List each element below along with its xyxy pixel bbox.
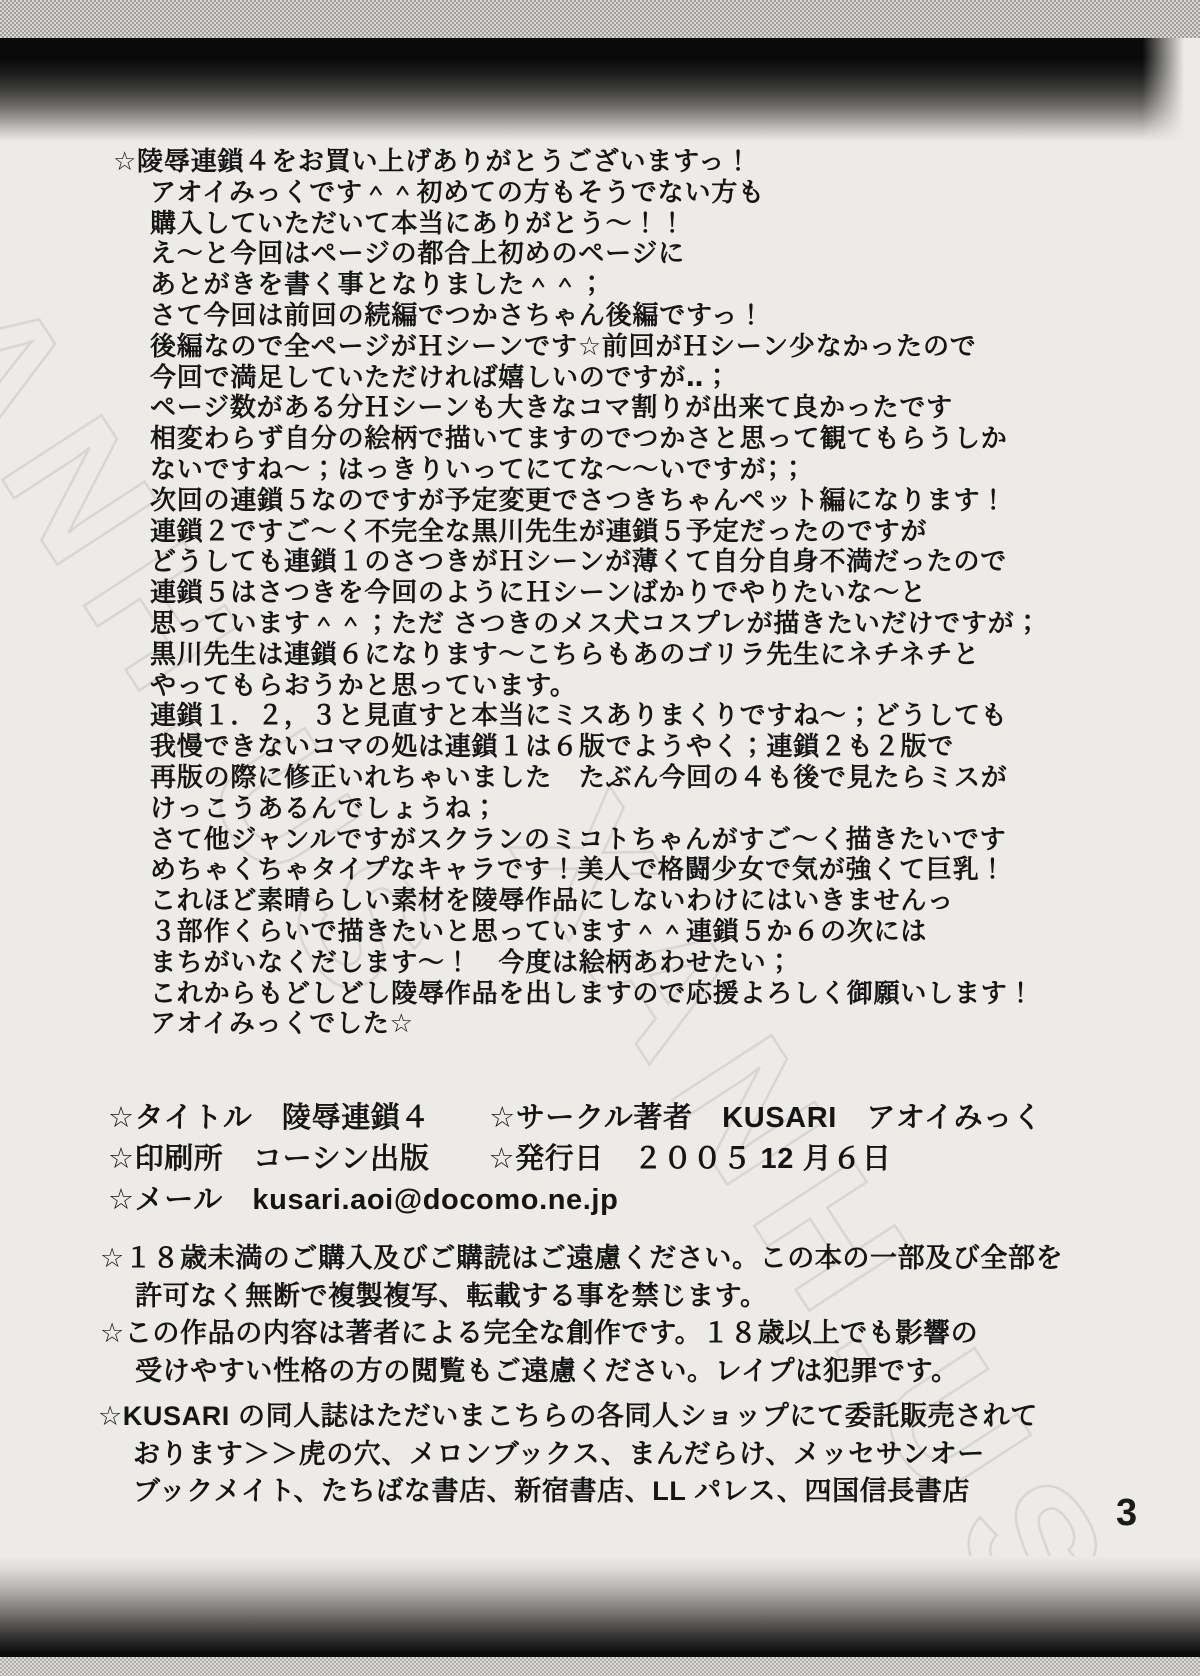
text-line: 購入していただいて本当にありがとう～！！ [150, 208, 1160, 239]
text-line: ☆タイトル 陵辱連鎖４ ☆サークル著者 KUSARI アオイみっく [143, 1098, 1153, 1139]
text-line: 次回の連鎖５なのですが予定変更でさつきちゃんペット編になります！ [150, 485, 1160, 516]
text-line: 後編なので全ページがＨシーンです☆前回がＨシーン少なかったので [150, 331, 1160, 362]
text-line: え～と今回はページの都合上初めのページに [150, 238, 1160, 269]
text-line: ページ数がある分Ｈシーンも大きなコマ割りが出来て良かったです [150, 392, 1160, 423]
text-line: さて他ジャンルですがスクランのミコトちゃんがすご～く描きたいです [150, 824, 1160, 855]
text-line: ☆KUSARI の同人誌はただいまこちらの各同人ショップにて委託販売されて [133, 1398, 1143, 1436]
age-disclaimer-block: ☆１８歳未満のご購入及びご購読はご遠慮ください。この本の一部及び全部を許可なく無… [100, 1240, 1145, 1390]
text-line: ☆１８歳未満のご購入及びご購読はご遠慮ください。この本の一部及び全部を [135, 1240, 1145, 1278]
text-line: ３部作くらいで描きたいと思っています＾＾連鎖５か６の次には [150, 916, 1160, 947]
text-line: ☆この作品の内容は著者による完全な創作です。１８歳以上でも影響の [135, 1315, 1145, 1353]
text-line: まちがいなくだします～！ 今度は絵柄あわせたい； [150, 947, 1160, 978]
afterword-text-block: ☆陵辱連鎖４をお買い上げありがとうございますっ！アオイみっくです＾＾初めての方も… [113, 146, 1160, 1039]
text-line: 許可なく無断で複製複写、転載する事を禁じます。 [135, 1278, 1145, 1316]
text-line: これからもどしどし陵辱作品を出しますので応援よろしく御願いします！ [150, 978, 1160, 1009]
colophon-block: ☆タイトル 陵辱連鎖４ ☆サークル著者 KUSARI アオイみっく☆印刷所 コー… [108, 1098, 1153, 1221]
text-line: 思っています＾＾；ただ さつきのメス犬コスプレが描きたいだけですが； [150, 608, 1160, 639]
text-line: 連鎖２ですご～く不完全な黒川先生が連鎖５予定だったのですが [150, 516, 1160, 547]
text-line: ブックメイト、たちばな書店、新宿書店、LL パレス、四国信長書店 [133, 1473, 1143, 1511]
shop-list-block: ☆KUSARI の同人誌はただいまこちらの各同人ショップにて委託販売されておりま… [98, 1398, 1143, 1511]
page-number: 3 [1116, 1492, 1137, 1535]
text-line: さて今回は前回の続編でつかさちゃん後編ですっ！ [150, 300, 1160, 331]
text-line: アオイみっくでした☆ [150, 1008, 1160, 1039]
text-line: けっこうあるんでしょうね； [150, 793, 1160, 824]
text-line: やってもらおうかと思っています。 [150, 670, 1160, 701]
top-halftone-strip [0, 0, 1200, 38]
text-line: あとがきを書く事となりました＾＾； [150, 269, 1160, 300]
text-line: おります＞＞虎の穴、メロンブックス、まんだらけ、メッセサンオー [133, 1436, 1143, 1474]
text-line: アオイみっくです＾＾初めての方もそうでない方も [150, 177, 1160, 208]
text-line: 連鎖１．２，３と見直すと本当にミスありまくりですね～；どうしても [150, 700, 1160, 731]
text-line: 今回で満足していただければ嬉しいのですが‥； [150, 362, 1160, 393]
text-line: ☆陵辱連鎖４をお買い上げありがとうございますっ！ [150, 146, 1160, 177]
text-line: 連鎖５はさつきを今回のようにＨシーンばかりでやりたいな～と [150, 577, 1160, 608]
bottom-halftone-strip [0, 1657, 1200, 1676]
text-line: どうしても連鎖１のさつきがＨシーンが薄くて自分自身不満だったので [150, 546, 1160, 577]
scanned-page: XANH.US XANH.US ☆陵辱連鎖４をお買い上げありがとうございますっ！… [0, 0, 1200, 1676]
text-line: めちゃくちゃタイプなキャラです！美人で格闘少女で気が強くて巨乳！ [150, 854, 1160, 885]
text-line: 受けやすい性格の方の閲覧もご遠慮ください。レイプは犯罪です。 [135, 1353, 1145, 1391]
text-line: 我慢できないコマの処は連鎖１は６版でようやく；連鎖２も２版で [150, 731, 1160, 762]
text-line: 黒川先生は連鎖６になります～こちらもあのゴリラ先生にネチネチと [150, 639, 1160, 670]
text-line: これほど素晴らしい素材を陵辱作品にしないわけにはいきませんっ [150, 885, 1160, 916]
text-line: 相変わらず自分の絵柄で描いてますのでつかさと思って観てもらうしか [150, 423, 1160, 454]
top-gradient-band [0, 38, 1184, 142]
text-line: ないですね～；はっきりいってにてな～～いですが；； [150, 454, 1160, 485]
bottom-gradient-band [0, 1556, 1200, 1657]
text-line: ☆印刷所 コーシン出版 ☆発行日 ２００５ 12 月６日 [143, 1139, 1153, 1180]
text-line: ☆メール kusari.aoi@docomo.ne.jp [143, 1180, 1153, 1221]
text-line: 再版の際に修正いれちゃいました たぶん今回の４も後で見たらミスが [150, 762, 1160, 793]
